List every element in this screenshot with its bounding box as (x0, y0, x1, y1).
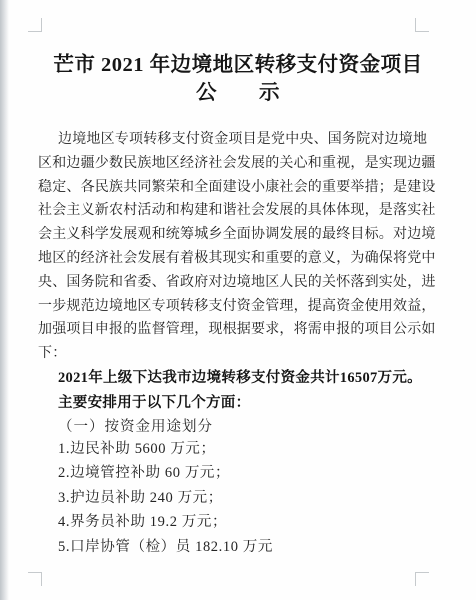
funding-item: 4.界务员补助 19.2 万元； (38, 510, 416, 534)
crop-mark-top-left (28, 18, 42, 32)
paragraph-line: 一步规范边境地区专项转移支付资金管理，提高资金使用效益， (38, 295, 416, 319)
document-title: 芒市 2021 年边境地区转移支付资金项目 公 示 (0, 52, 476, 107)
funding-item: 5.口岸协管（检）员 182.10 万元 (38, 535, 416, 559)
paragraph-line: 地区的经济社会发展有着极其现实和重要的意义，为确保将党中 (38, 247, 416, 271)
funding-item: 3.护边员补助 240 万元； (38, 486, 416, 510)
document-title-line2: 公 示 (0, 80, 476, 108)
funding-item-list: 1.边民补助 5600 万元； 2.边境管控补助 60 万元； 3.护边员补助 … (38, 437, 416, 559)
document-page: 芒市 2021 年边境地区转移支付资金项目 公 示 边境地区专项转移支付资金项目… (0, 0, 476, 600)
paragraph-line: 会主义科学发展观和统筹城乡全面协调发展的最终目标。对边境 (38, 223, 416, 247)
paragraph-line: 稳定、各民族共同繁荣和全面建设小康社会的重要举措；是建设 (38, 176, 416, 200)
paragraph-line: 区和边疆少数民族地区经济社会发展的关心和重视，是实现边疆 (38, 152, 416, 176)
document-title-line1: 芒市 2021 年边境地区转移支付资金项目 (0, 52, 476, 80)
crop-mark-top-right (415, 18, 429, 32)
paragraph-line: 加强项目申报的监督管理，现根据要求，将需申报的项目公示如 (38, 318, 416, 342)
paragraph-line: 下： (38, 342, 416, 366)
funding-item: 2.边境管控补助 60 万元； (38, 461, 416, 485)
crop-mark-bottom-left (28, 572, 42, 586)
paragraph-line: 央、国务院和省委、省政府对边境地区人民的关怀落到实处，进 (38, 271, 416, 295)
paragraph-line: 社会主义新农村活动和构建和谐社会发展的具体体现，是落实社 (38, 199, 416, 223)
funding-intro-line: 主要安排用于以下几个方面： (38, 391, 416, 416)
funding-summary: 2021年上级下达我市边境转移支付资金共计16507万元。 主要安排用于以下几个… (38, 366, 416, 440)
crop-mark-bottom-right (415, 572, 429, 586)
funding-total-line: 2021年上级下达我市边境转移支付资金共计16507万元。 (38, 366, 416, 391)
intro-paragraph: 边境地区专项转移支付资金项目是党中央、国务院对边境地 区和边疆少数民族地区经济社… (38, 128, 416, 366)
paragraph-line: 边境地区专项转移支付资金项目是党中央、国务院对边境地 (38, 128, 416, 152)
funding-item: 1.边民补助 5600 万元； (38, 437, 416, 461)
